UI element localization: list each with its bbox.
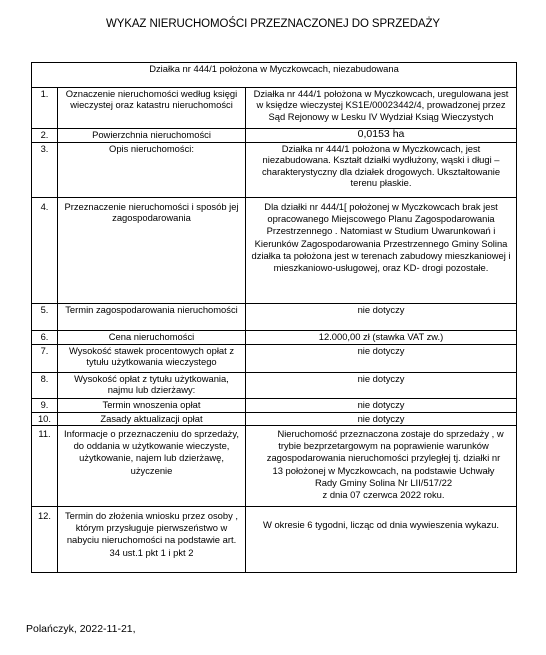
row-value: nie dotyczy (246, 399, 517, 413)
row-number: 2. (32, 129, 58, 143)
row-number: 11. (32, 426, 58, 507)
row-value: Nieruchomość przeznaczona zostaje do spr… (246, 426, 517, 507)
row-value: nie dotyczy (246, 373, 517, 399)
value-line: 13 położonej w Myczkowcach, na podstawie… (254, 465, 513, 477)
table-row: 9. Termin wnoszenia opłat nie dotyczy (32, 399, 517, 413)
row-number: 10. (32, 413, 58, 426)
row-value: Działka nr 444/1 położona w Myczkowcach,… (246, 88, 517, 129)
table-row: 7. Wysokość stawek procentowych opłat z … (32, 345, 517, 373)
row-value: W okresie 6 tygodni, licząc od dnia wywi… (246, 507, 517, 573)
document-title: WYKAZ NIERUCHOMOŚCI PRZEZNACZONEJ DO SPR… (0, 18, 546, 30)
table-row: 1. Oznaczenie nieruchomości według księg… (32, 88, 517, 129)
row-label: Wysokość stawek procentowych opłat z tyt… (58, 345, 246, 373)
row-label: Przeznaczenie nieruchomości i sposób jej… (58, 198, 246, 304)
table-row: 10. Zasady aktualizacji opłat nie dotycz… (32, 413, 517, 426)
property-table: Działka nr 444/1 położona w Myczkowcach,… (31, 62, 517, 573)
value-line: Nieruchomość przeznaczona zostaje do spr… (254, 428, 513, 440)
row-value: Działka nr 444/1 położona w Myczkowcach,… (246, 143, 517, 198)
row-label: Termin wnoszenia opłat (58, 399, 246, 413)
table-row: 3. Opis nieruchomości: Działka nr 444/1 … (32, 143, 517, 198)
row-number: 7. (32, 345, 58, 373)
row-number: 5. (32, 304, 58, 331)
table-row: 5. Termin zagospodarowania nieruchomości… (32, 304, 517, 331)
table-row: 8. Wysokość opłat z tytułu użytkowania, … (32, 373, 517, 399)
value-line: Rady Gminy Solina Nr LII/517/22 (254, 477, 513, 489)
row-label: Termin do złożenia wniosku przez osoby ,… (58, 507, 246, 573)
row-number: 4. (32, 198, 58, 304)
table-row: 6. Cena nieruchomości 12.000,00 zł (staw… (32, 331, 517, 345)
table-header-row: Działka nr 444/1 położona w Myczkowcach,… (32, 63, 517, 88)
row-number: 1. (32, 88, 58, 129)
place-date: Polańczyk, 2022-11-21, (26, 623, 136, 635)
row-value: nie dotyczy (246, 413, 517, 426)
row-number: 8. (32, 373, 58, 399)
row-number: 6. (32, 331, 58, 345)
row-label: Termin zagospodarowania nieruchomości (58, 304, 246, 331)
table-header: Działka nr 444/1 położona w Myczkowcach,… (32, 63, 517, 88)
row-value: 12.000,00 zł (stawka VAT zw.) (246, 331, 517, 345)
row-number: 3. (32, 143, 58, 198)
row-label: Informacje o przeznaczeniu do sprzedaży,… (58, 426, 246, 507)
row-label: Zasady aktualizacji opłat (58, 413, 246, 426)
table-row: 4. Przeznaczenie nieruchomości i sposób … (32, 198, 517, 304)
row-label: Wysokość opłat z tytułu użytkowania, naj… (58, 373, 246, 399)
row-number: 9. (32, 399, 58, 413)
row-number: 12. (32, 507, 58, 573)
row-label: Powierzchnia nieruchomości (58, 129, 246, 143)
table-row: 12. Termin do złożenia wniosku przez oso… (32, 507, 517, 573)
row-value: nie dotyczy (246, 345, 517, 373)
value-line: z dnia 07 czerwca 2022 roku. (254, 489, 513, 501)
row-value: nie dotyczy (246, 304, 517, 331)
value-line: zagospodarowania nieruchomości przyległe… (254, 452, 513, 464)
table-row: 11. Informacje o przeznaczeniu do sprzed… (32, 426, 517, 507)
row-value: 0,0153 ha (246, 129, 517, 143)
row-label: Oznaczenie nieruchomości według księgi w… (58, 88, 246, 129)
row-label: Cena nieruchomości (58, 331, 246, 345)
table-row: 2. Powierzchnia nieruchomości 0,0153 ha (32, 129, 517, 143)
row-label: Opis nieruchomości: (58, 143, 246, 198)
value-line: trybie bezprzetargowym na poprawienie wa… (254, 440, 513, 452)
row-value: Dla działki nr 444/1[ położonej w Myczko… (246, 198, 517, 304)
